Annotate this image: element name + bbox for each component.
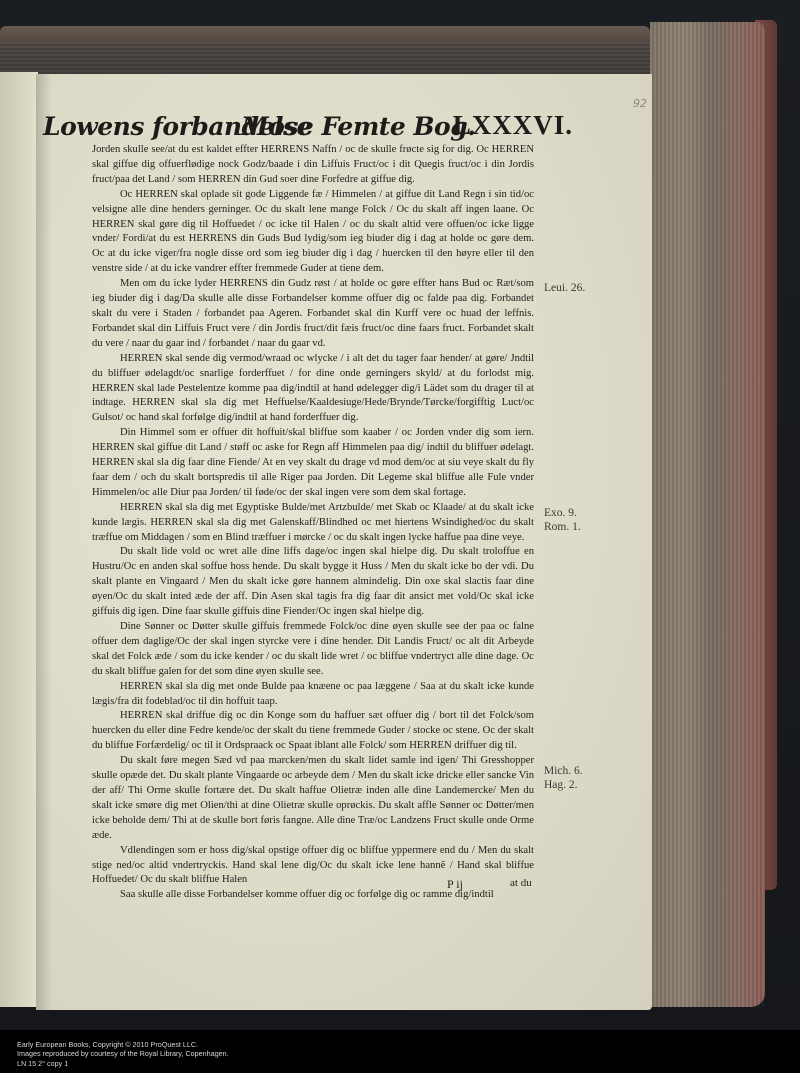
folio-number: LXXXVI. (453, 110, 573, 141)
marginal-note: Leui. 26. (544, 281, 585, 295)
page-gutter-shadow (36, 74, 52, 1010)
paragraph: Men om du icke lyder HERRENS din Gudz rø… (92, 277, 534, 352)
paragraph: Oc HERREN skal oplade sit gode Liggende … (92, 188, 534, 277)
paragraph: HERREN skal sla dig met onde Bulde paa k… (92, 680, 534, 710)
paragraph: HERREN skal driffue dig oc din Konge som… (92, 709, 534, 754)
running-head-book-title: Mose Femte Bog. (241, 112, 475, 141)
marginal-note: Hag. 2. (544, 778, 578, 792)
marginal-note: Rom. 1. (544, 520, 581, 534)
footer-line: LN 15 2° copy 1 (17, 1059, 229, 1068)
paragraph: Saa skulle alle disse Forbandelser komme… (92, 888, 534, 903)
copyright-footer: Early European Books, Copyright © 2010 P… (17, 1040, 229, 1068)
pencil-folio-number: 92 (633, 97, 647, 110)
facing-page-edge (0, 72, 38, 1007)
paragraph: Dine Sønner oc Døtter skulle giffuis fre… (92, 620, 534, 680)
paragraph: Du skalt føre megen Sæd vd paa marcken/m… (92, 754, 534, 843)
paragraph: Vdlendingen som er hoss dig/skal opstige… (92, 844, 534, 889)
catchword: at du (510, 877, 532, 889)
signature-mark: P ij (447, 877, 463, 892)
running-head: Lowens forbandelse Mose Femte Bog. LXXXV… (43, 110, 573, 144)
paragraph: Du skalt lide vold oc wret alle dine lif… (92, 545, 534, 620)
paragraph: Din Himmel som er offuer dit hoffuit/ska… (92, 426, 534, 501)
marginal-note: Mich. 6. (544, 764, 583, 778)
paragraph: Jorden skulle see/at du est kaldet effte… (92, 143, 534, 188)
marginal-note: Exo. 9. (544, 506, 577, 520)
book-top-edge (0, 26, 650, 74)
book-fore-edge (650, 22, 765, 1007)
body-text: Jorden skulle see/at du est kaldet effte… (92, 143, 534, 903)
paragraph: HERREN skal sende dig vermod/wraad oc wl… (92, 352, 534, 427)
footer-line: Images reproduced by courtesy of the Roy… (17, 1049, 229, 1058)
footer-line: Early European Books, Copyright © 2010 P… (17, 1040, 229, 1049)
paragraph: HERREN skal sla dig met Egyptiske Bulde/… (92, 501, 534, 546)
